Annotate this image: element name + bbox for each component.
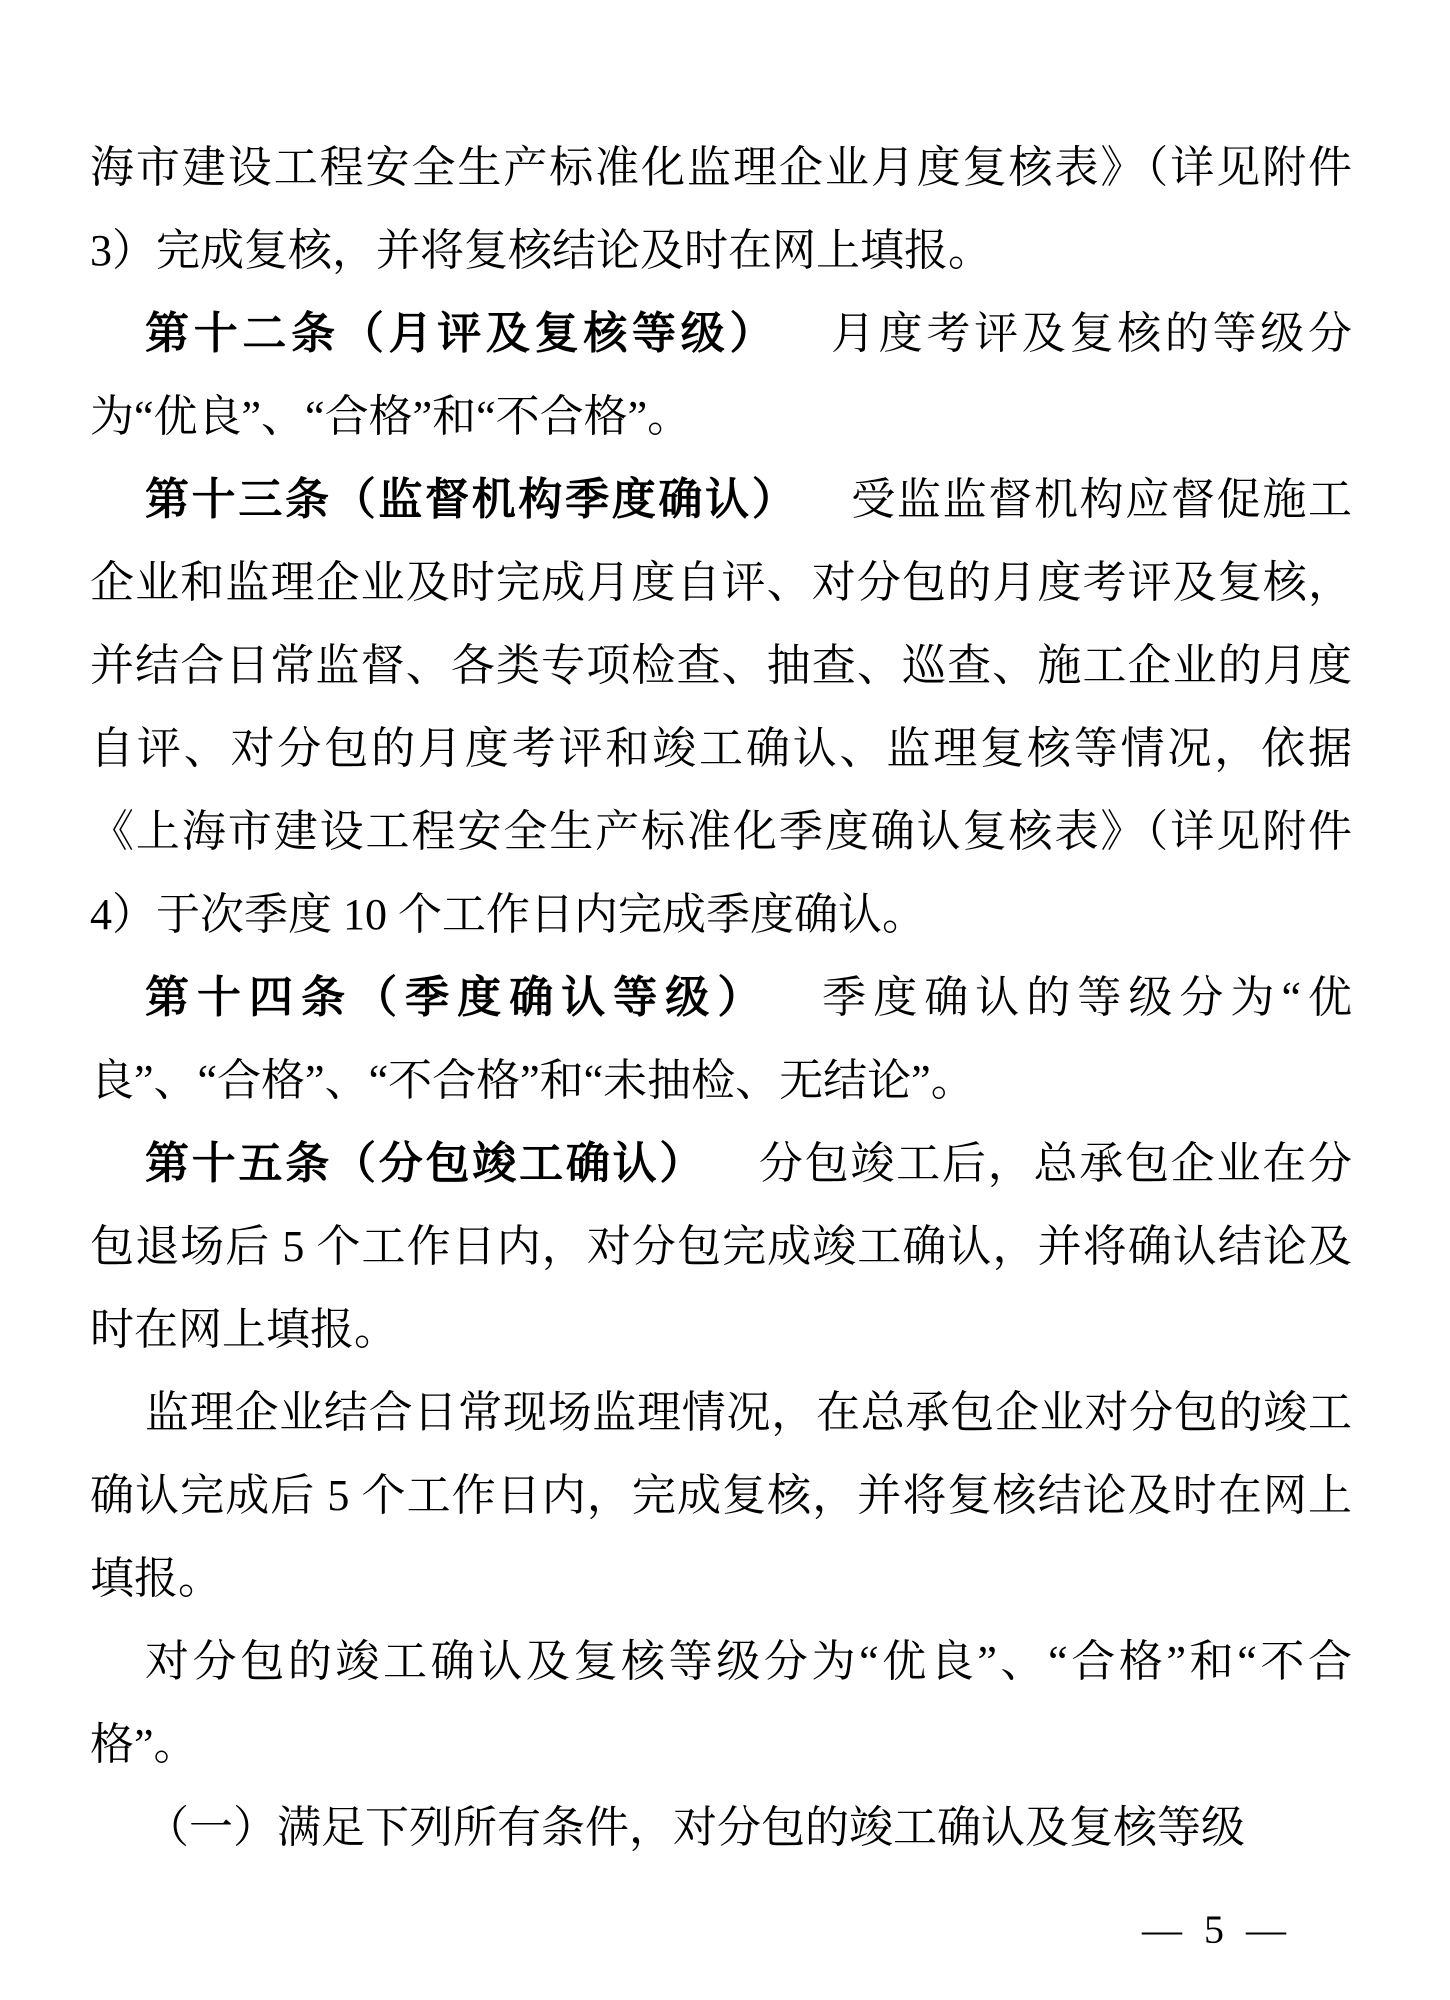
page-number: — 5 — <box>1142 1905 1292 1955</box>
paragraph-supervision-review: 监理企业结合日常现场监理情况，在总承包企业对分包的竣工确认完成后 5 个工作日内… <box>90 1371 1352 1620</box>
paragraph-continuation: 海市建设工程安全生产标准化监理企业月度复核表》（详见附件 3）完成复核，并将复核… <box>90 126 1352 292</box>
paragraph-article-12: 第十二条（月评及复核等级）月度考评及复核的等级分为“优良”、“合格”和“不合格”… <box>90 292 1352 458</box>
document-page: 海市建设工程安全生产标准化监理企业月度复核表》（详见附件 3）完成复核，并将复核… <box>0 0 1450 2000</box>
article-heading: 第十四条（季度确认等级） <box>145 973 769 1022</box>
paragraph-article-15: 第十五条（分包竣工确认）分包竣工后，总承包企业在分包退场后 5 个工作日内，对分… <box>90 1122 1352 1371</box>
article-heading: 第十三条（监督机构季度确认） <box>145 475 798 524</box>
paragraph-text: （一）满足下列所有条件，对分包的竣工确认及复核等级 <box>145 1803 1245 1852</box>
paragraph-grades: 对分包的竣工确认及复核等级分为“优良”、“合格”和“不合格”。 <box>90 1620 1352 1786</box>
paragraph-article-14: 第十四条（季度确认等级）季度确认的等级分为“优良”、“合格”、“不合格”和“未抽… <box>90 956 1352 1122</box>
document-body: 海市建设工程安全生产标准化监理企业月度复核表》（详见附件 3）完成复核，并将复核… <box>90 126 1352 1869</box>
paragraph-article-13: 第十三条（监督机构季度确认）受监监督机构应督促施工企业和监理企业及时完成月度自评… <box>90 458 1352 956</box>
paragraph-text: 监理企业结合日常现场监理情况，在总承包企业对分包的竣工确认完成后 5 个工作日内… <box>90 1388 1352 1603</box>
paragraph-text: 受监监督机构应督促施工企业和监理企业及时完成月度自评、对分包的月度考评及复核，并… <box>90 475 1352 939</box>
article-heading: 第十五条（分包竣工确认） <box>145 1139 706 1188</box>
paragraph-text: 海市建设工程安全生产标准化监理企业月度复核表》（详见附件 3）完成复核，并将复核… <box>90 143 1352 275</box>
article-heading: 第十二条（月评及复核等级） <box>145 309 778 358</box>
paragraph-condition-1: （一）满足下列所有条件，对分包的竣工确认及复核等级 <box>90 1786 1352 1869</box>
paragraph-text: 对分包的竣工确认及复核等级分为“优良”、“合格”和“不合格”。 <box>90 1637 1352 1769</box>
